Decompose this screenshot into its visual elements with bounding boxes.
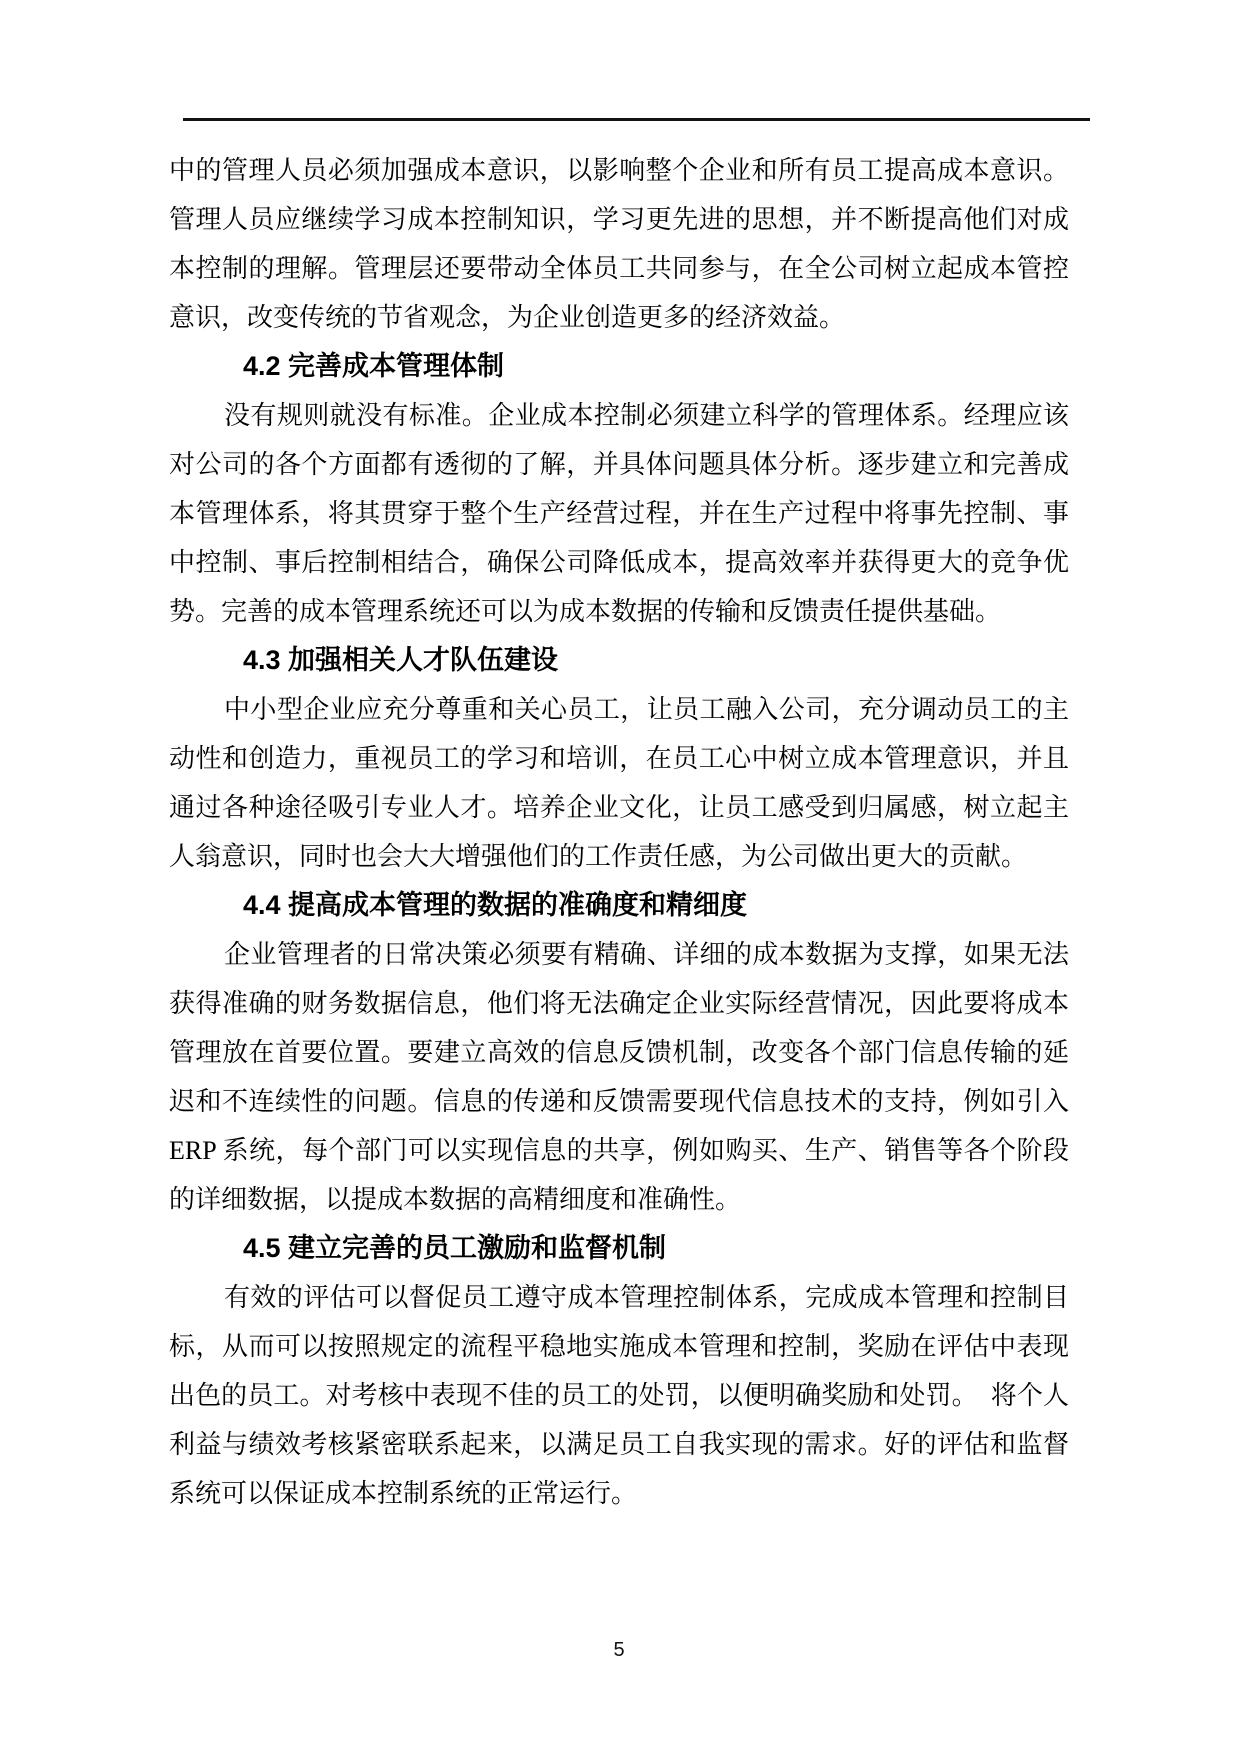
document-page: 中的管理人员必须加强成本意识，以影响整个企业和所有员工提高成本意识。管理人员应继… <box>0 0 1240 1754</box>
paragraph-section-4-2: 没有规则就没有标准。企业成本控制必须建立科学的管理体系。经理应该对公司的各个方面… <box>169 391 1069 636</box>
section-heading-4-5: 4.5 建立完善的员工激励和监督机制 <box>169 1224 1069 1273</box>
header-divider-line <box>183 118 1090 121</box>
paragraph-section-4-5: 有效的评估可以督促员工遵守成本管理控制体系，完成成本管理和控制目标，从而可以按照… <box>169 1273 1069 1518</box>
section-heading-4-3: 4.3 加强相关人才队伍建设 <box>169 636 1069 685</box>
section-heading-4-2: 4.2 完善成本管理体制 <box>169 342 1069 391</box>
paragraph-section-4-4: 企业管理者的日常决策必须要有精确、详细的成本数据为支撑，如果无法获得准确的财务数… <box>169 930 1069 1224</box>
paragraph-continuation: 中的管理人员必须加强成本意识，以影响整个企业和所有员工提高成本意识。管理人员应继… <box>169 146 1069 342</box>
page-footer: 5 <box>169 1637 1069 1663</box>
section-heading-4-4: 4.4 提高成本管理的数据的准确度和精细度 <box>169 881 1069 930</box>
paragraph-section-4-3: 中小型企业应充分尊重和关心员工，让员工融入公司，充分调动员工的主动性和创造力，重… <box>169 685 1069 881</box>
document-body: 中的管理人员必须加强成本意识，以影响整个企业和所有员工提高成本意识。管理人员应继… <box>169 146 1069 1518</box>
page-number: 5 <box>613 1639 624 1661</box>
